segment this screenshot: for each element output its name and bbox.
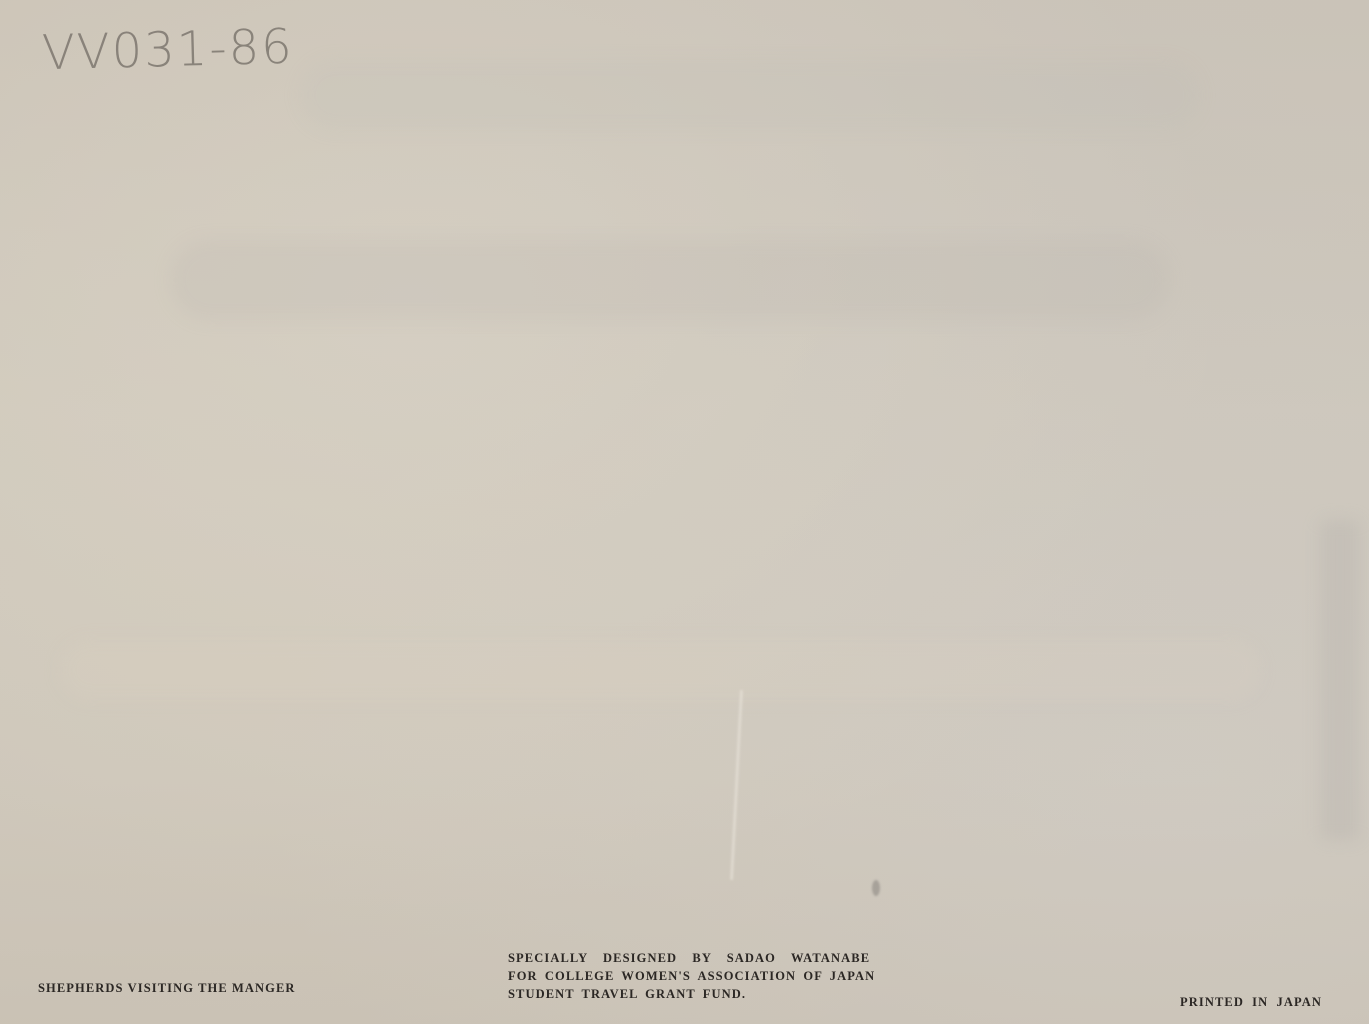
handwritten-catalog-number: VV031-86 [41,19,294,82]
paper-background [0,0,1369,1024]
edge-shadow [1320,520,1360,840]
credit-line: FOR COLLEGE WOMEN'S ASSOCIATION OF JAPAN [508,967,875,985]
paper-spot [872,880,880,896]
credit-line: SPECIALLY DESIGNED BY SADAO WATANABE [508,949,875,967]
designer-credit: SPECIALLY DESIGNED BY SADAO WATANABE FOR… [508,949,875,1003]
credit-line: STUDENT TRAVEL GRANT FUND. [508,985,875,1003]
print-title-caption: SHEPHERDS VISITING THE MANGER [38,981,296,996]
show-through-band [60,640,1260,700]
show-through-band [300,60,1200,130]
printed-in-label: PRINTED IN JAPAN [1180,995,1322,1010]
show-through-band [170,240,1170,320]
